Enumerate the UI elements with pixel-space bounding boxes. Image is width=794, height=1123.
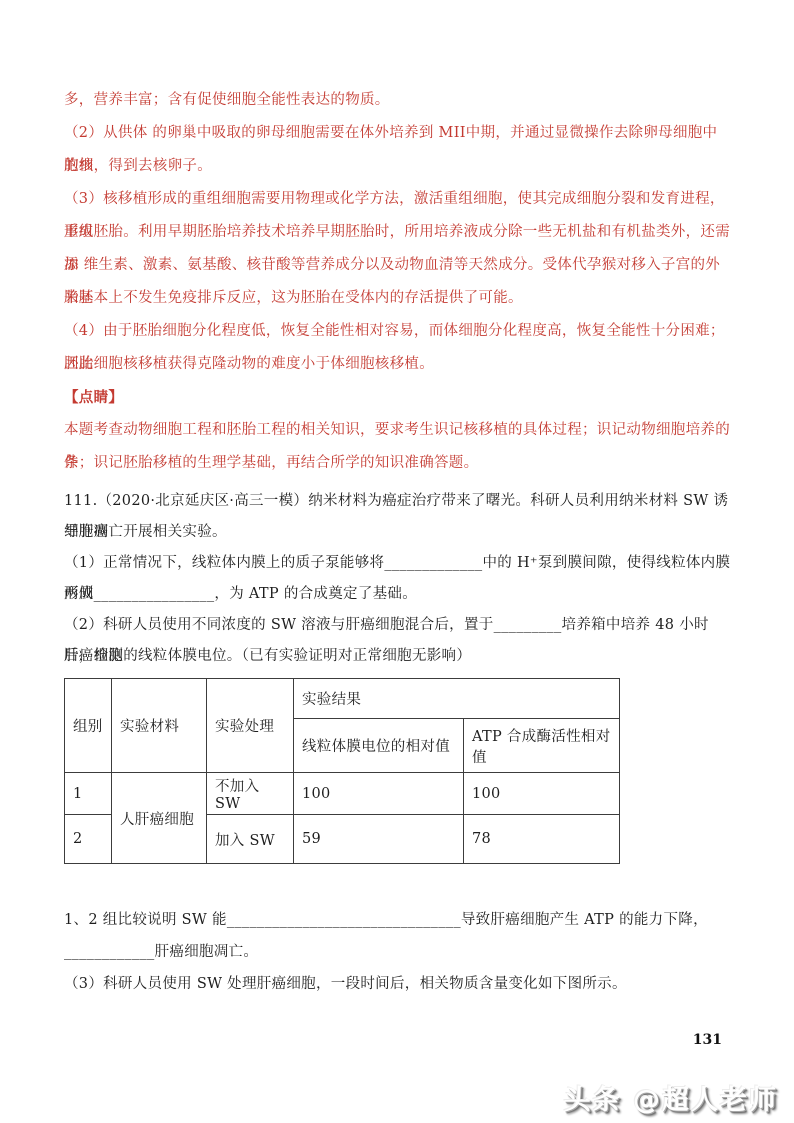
answer-summary-line: 本题考查动物细胞工程和胚胎工程的相关知识，要求考生识记核移植的具体过程；识记动物… — [64, 414, 732, 447]
table-header-material: 实验材料 — [112, 679, 207, 773]
cell-treatment-2: 加入 SW — [207, 815, 294, 864]
answer-line: 重组胚胎。利用早期胚胎培养技术培养早期胚胎时，所用培养液成分除一些无机盐和有机盐… — [64, 216, 732, 249]
question-line: 形成________________，为 ATP 的合成奠定了基础。 — [64, 579, 732, 610]
watermark: 头条 @超人老师 — [564, 1078, 778, 1117]
question-line: 1、2 组比较说明 SW 能__________________________… — [64, 904, 732, 936]
document-page: 多，营养丰富；含有促使细胞全能性表达的物质。 （2）从供体 的卵巢中吸取的卵母细… — [0, 0, 794, 1123]
answer-line: 多，营养丰富；含有促使细胞全能性表达的物质。 — [64, 84, 732, 117]
answer-line: 胎基本上不发生免疫排斥反应，这为胚胎在受体内的存活提供了可能。 — [64, 282, 732, 315]
table-header-result: 实验结果 — [294, 679, 620, 719]
answer-line: 加 维生素、激素、氨基酸、核苷酸等营养成分以及动物血清等天然成分。受体代孕猴对移… — [64, 249, 732, 282]
table-row: 1 人肝癌细胞 不加入 SW 100 100 — [65, 773, 620, 815]
cell-treatment-1: 不加入 SW — [207, 773, 294, 815]
question-section: 111.（2020·北京延庆区·高三一模）纳米材料为癌症治疗带来了曙光。科研人员… — [64, 486, 732, 672]
answer-line: （3）核移植形成的重组细胞需要用物理或化学方法，激活重组细胞，使其完成细胞分裂和… — [64, 183, 732, 216]
answer-line: 胞核，得到去核卵子。 — [64, 150, 732, 183]
question-line: （3）科研人员使用 SW 处理肝癌细胞，一段时间后，相关物质含量变化如下图所示。 — [64, 968, 732, 1000]
question-line: 111.（2020·北京延庆区·高三一模）纳米材料为癌症治疗带来了曙光。科研人员… — [64, 486, 732, 517]
dianjing-heading: 【点睛】 — [64, 381, 732, 414]
table-header-group: 组别 — [65, 679, 112, 773]
experiment-table: 组别 实验材料 实验处理 实验结果 线粒体膜电位的相对值 ATP 合成酶活性相对… — [64, 678, 620, 864]
table-subheader-atp: ATP 合成酶活性相对值 — [464, 719, 620, 773]
answer-section: 多，营养丰富；含有促使细胞全能性表达的物质。 （2）从供体 的卵巢中吸取的卵母细… — [64, 84, 732, 480]
post-table-section: 1、2 组比较说明 SW 能__________________________… — [64, 904, 732, 1000]
cell-atp-1: 100 — [464, 773, 620, 815]
question-line: 肝癌细胞的线粒体膜电位。（已有实验证明对正常细胞无影响） — [64, 641, 732, 672]
content-area: 多，营养丰富；含有促使细胞全能性表达的物质。 （2）从供体 的卵巢中吸取的卵母细… — [64, 84, 732, 1000]
cell-group-2: 2 — [65, 815, 112, 864]
table-header-treatment: 实验处理 — [207, 679, 294, 773]
question-line: ____________肝癌细胞凋亡。 — [64, 936, 732, 968]
page-number: 131 — [693, 1032, 722, 1048]
answer-line: （4）由于胚胎细胞分化程度低，恢复全能性相对容易，而体细胞分化程度高，恢复全能性… — [64, 315, 732, 348]
cell-membrane-1: 100 — [294, 773, 464, 815]
question-line: 细胞凋亡开展相关实验。 — [64, 517, 732, 548]
question-line: （1）正常情况下，线粒体内膜上的质子泵能够将_____________中的 H⁺… — [64, 548, 732, 579]
cell-atp-2: 78 — [464, 815, 620, 864]
answer-line: 胚胎细胞核移植获得克隆动物的难度小于体细胞核移植。 — [64, 348, 732, 381]
cell-material: 人肝癌细胞 — [112, 773, 207, 864]
question-line: （2）科研人员使用不同浓度的 SW 溶液与肝癌细胞混合后，置于_________… — [64, 610, 732, 641]
table-subheader-membrane: 线粒体膜电位的相对值 — [294, 719, 464, 773]
cell-group-1: 1 — [65, 773, 112, 815]
answer-line: （2）从供体 的卵巢中吸取的卵母细胞需要在体外培养到 MII中期，并通过显微操作… — [64, 117, 732, 150]
answer-summary-line: 件；识记胚胎移植的生理学基础，再结合所学的知识准确答题。 — [64, 447, 732, 480]
cell-membrane-2: 59 — [294, 815, 464, 864]
